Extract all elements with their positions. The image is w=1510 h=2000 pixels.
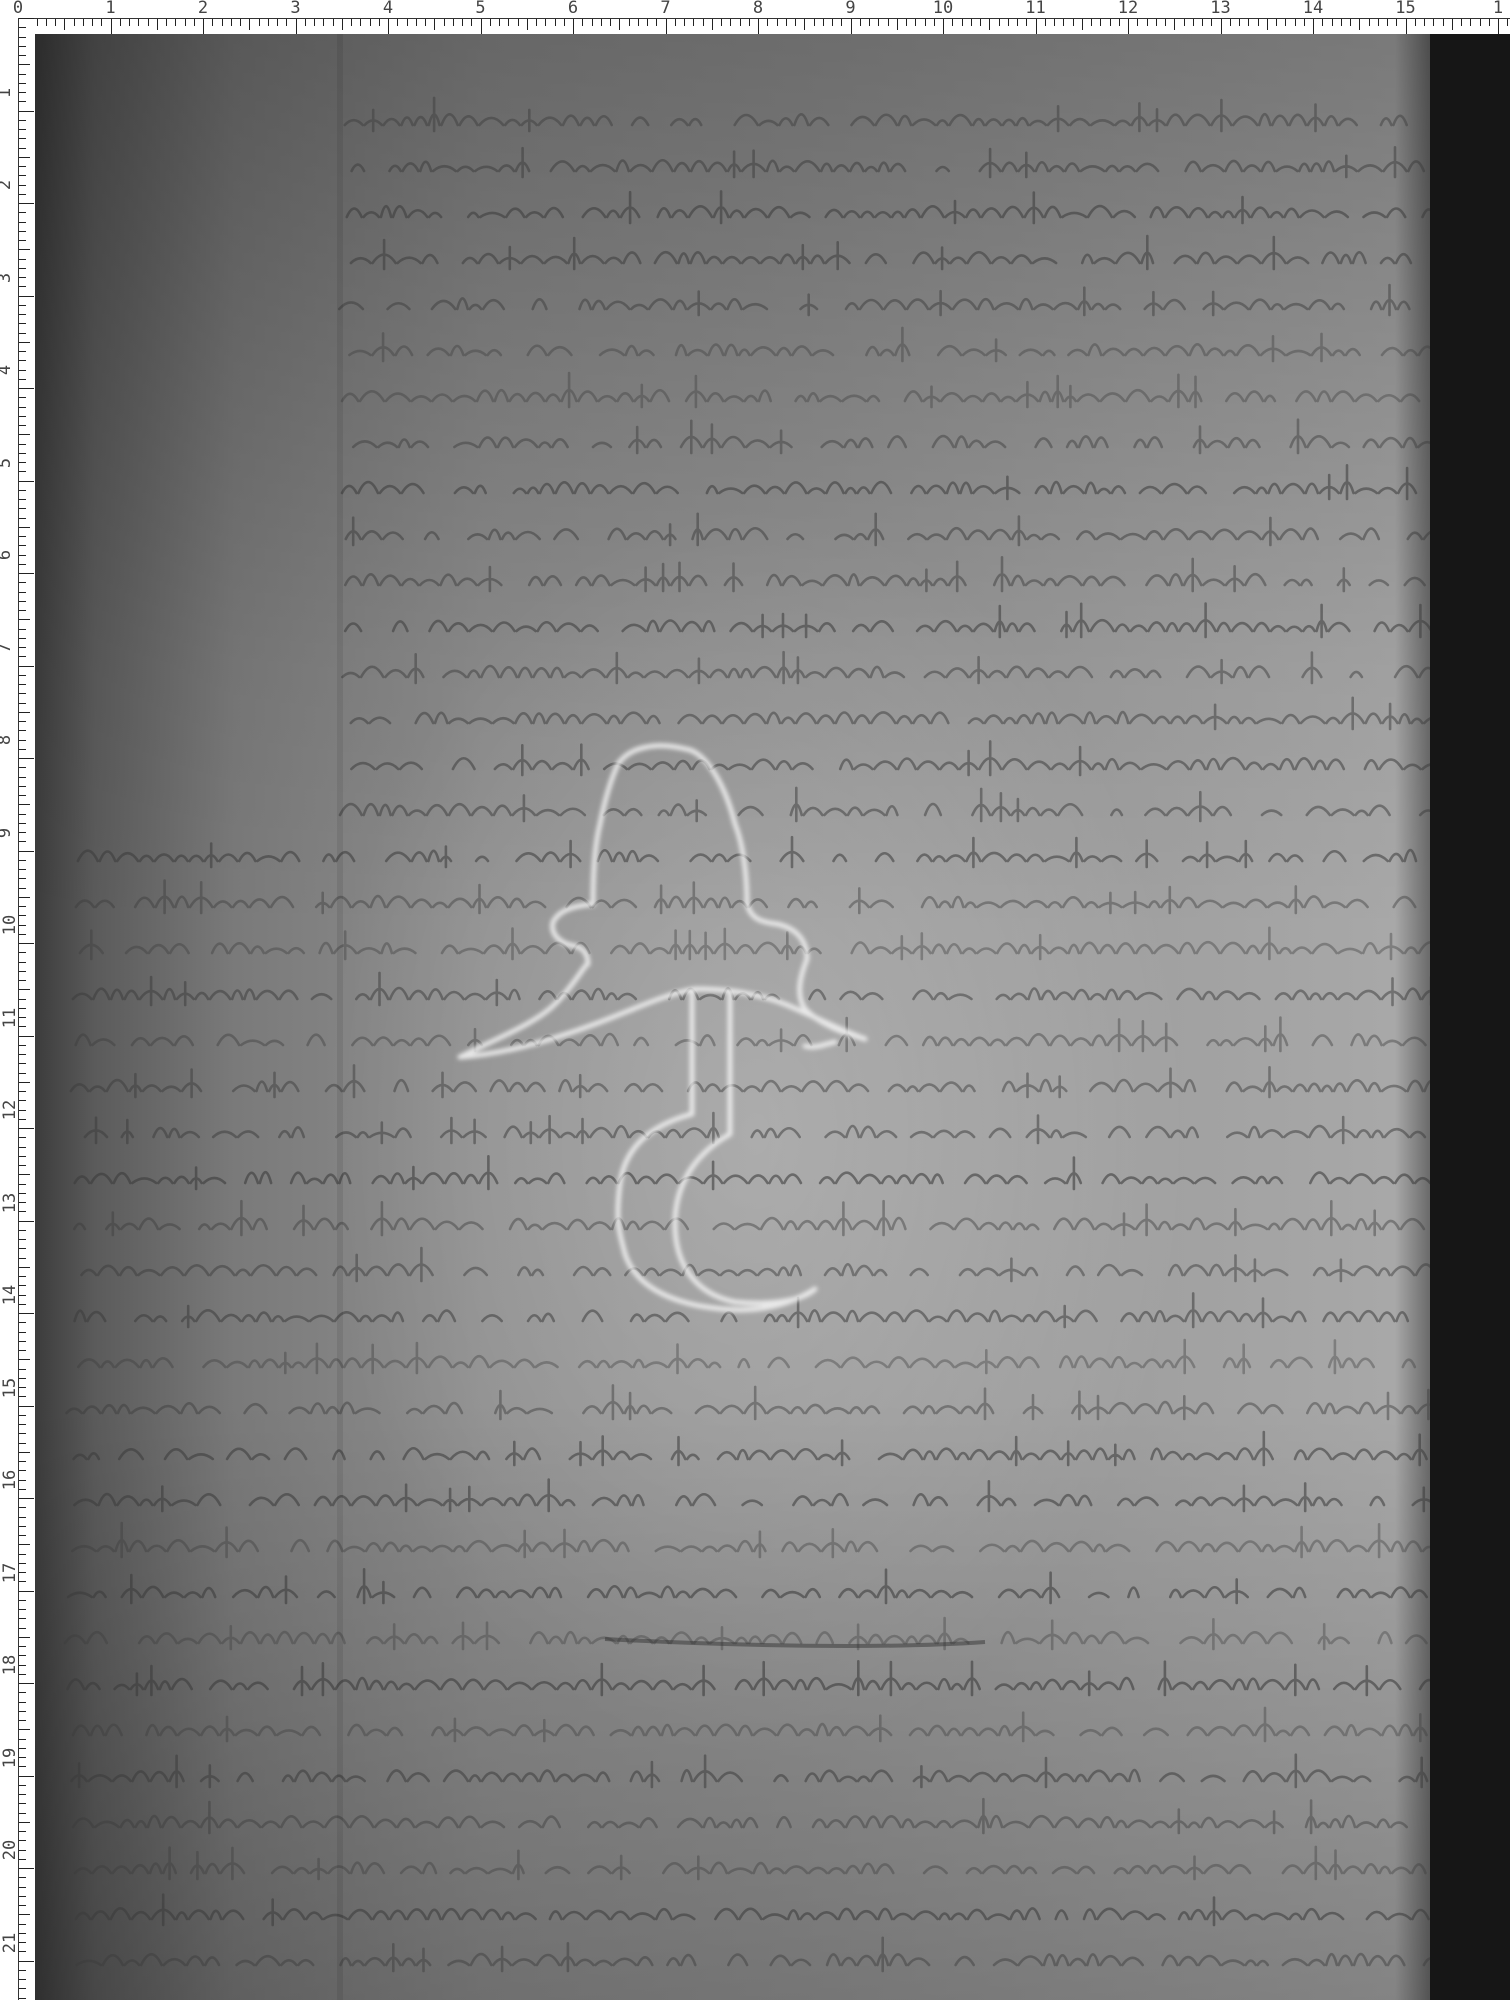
ruler-tick [1452,19,1453,30]
ruler-label: 13 [1210,0,1230,18]
ruler-tick [19,268,26,269]
ruler-tick [675,19,676,26]
ruler-tick [19,684,26,685]
ruler-tick [64,19,65,30]
ruler-tick [980,19,981,26]
ruler-tick [19,906,26,907]
ruler-tick [1285,19,1286,26]
ruler-label: 14 [0,1285,20,1305]
ruler-label: 0 [13,0,23,18]
ruler-tick [19,1461,26,1462]
ruler-tick [194,19,195,26]
ruler-tick [74,19,75,26]
ruler-tick [1100,19,1101,26]
ruler-tick [19,1646,26,1647]
ruler-tick [19,841,26,842]
ruler-tick [536,19,537,26]
ruler-tick [19,323,26,324]
ruler-tick [19,943,34,944]
ruler-tick [1073,19,1074,26]
ruler-tick [19,573,34,574]
ruler-tick [19,370,26,371]
ruler-tick [1063,19,1064,26]
ruler-label: 1 [1493,0,1503,18]
ruler-tick [1137,19,1138,26]
ruler-tick [19,527,30,528]
ruler-tick [962,19,963,26]
ruler-tick [277,19,278,26]
ruler-tick [19,1424,26,1425]
ruler-tick [1378,19,1379,26]
ruler-label: 9 [0,827,15,837]
ruler-tick [19,1785,26,1786]
ruler-tick [19,157,30,158]
ruler-tick [37,19,38,26]
ruler-tick [19,1609,26,1610]
ruler-tick [19,1988,26,1989]
ruler-tick [823,19,824,26]
ruler-tick [379,19,380,26]
page-edge-shadow [1430,34,1510,2000]
ruler-label: 12 [1118,0,1138,18]
ruler-tick [1424,19,1425,26]
ruler-tick [1119,19,1120,26]
ruler-tick [19,1794,26,1795]
ruler-tick [777,19,778,26]
ruler-tick [19,555,26,556]
ruler-tick [19,1063,26,1064]
ruler-label: 8 [753,0,763,18]
ruler-tick [19,1517,26,1518]
ruler-tick [19,610,26,611]
ruler-tick [1147,19,1148,26]
ruler-tick [92,19,93,26]
ruler-tick [120,19,121,26]
ruler-tick [19,481,34,482]
ruler-tick [19,397,26,398]
ruler-tick [471,19,472,26]
ruler-tick [19,46,26,47]
ruler-tick [508,19,509,26]
ruler-tick [19,1498,34,1499]
ruler-label: 2 [0,180,15,190]
ruler-tick [19,758,34,759]
ruler-tick [19,194,26,195]
ruler-tick [730,19,731,26]
ruler-tick [19,1313,34,1314]
ruler-tick [19,1720,26,1721]
ruler-label: 4 [383,0,393,18]
ruler-tick [19,296,34,297]
ruler-label: 9 [845,0,855,18]
ruler-tick [19,1776,34,1777]
ruler-tick [19,203,34,204]
ruler-tick [19,971,26,972]
ruler-tick [19,1591,34,1592]
ruler-tick [19,786,26,787]
ruler-tick [19,407,26,408]
ruler-tick [1322,19,1323,26]
ruler-tick [19,333,26,334]
ruler-tick [1184,19,1185,26]
ruler-tick [19,1322,26,1323]
ruler-tick [1396,19,1397,26]
ruler-tick [1017,19,1018,26]
ruler-label: 4 [0,365,15,375]
ruler-tick [582,19,583,26]
ruler-tick [1332,19,1333,26]
ruler-tick [19,536,26,537]
ruler-tick [19,92,26,93]
ruler-tick [749,19,750,26]
ruler-tick [1341,19,1342,26]
ruler-tick [19,1341,26,1342]
ruler-tick [499,19,500,26]
ruler-tick [19,222,26,223]
ruler-tick [19,148,26,149]
ruler-tick [555,19,556,26]
ruler-tick [19,1332,26,1333]
ruler-tick [19,1535,26,1536]
ruler-tick [1045,19,1046,26]
ruler-tick [1221,19,1222,34]
ruler-tick [19,878,26,879]
ruler-tick [1165,19,1166,26]
ruler-tick [166,19,167,26]
ruler-tick [19,360,26,361]
ruler-tick [19,1998,26,1999]
ruler-tick [1304,19,1305,26]
ruler-tick [19,518,26,519]
ruler-tick [1406,19,1407,34]
ruler-tick [1248,19,1249,26]
ruler-tick [370,19,371,26]
ruler-tick [19,1692,26,1693]
ruler-tick [19,444,26,445]
ruler-tick [19,1526,26,1527]
ruler-tick [351,19,352,26]
ruler-label: 10 [933,0,953,18]
ruler-tick [185,19,186,26]
ruler-tick [19,1239,26,1240]
ruler-tick [1387,19,1388,26]
ruler-tick [19,129,26,130]
ruler-tick [19,277,26,278]
ruler-tick [462,19,463,26]
ruler-tick [83,19,84,26]
ruler-tick [795,19,796,26]
ruler-tick [619,19,620,30]
ruler-tick [19,416,26,417]
ruler-tick [545,19,546,26]
ruler-tick [19,1156,26,1157]
ruler-tick [19,27,26,28]
ruler-tick [19,592,26,593]
ruler-tick [878,19,879,26]
ruler-label: 3 [0,272,15,282]
ruler-tick [647,19,648,26]
ruler-tick [19,814,26,815]
ruler-tick [19,490,26,491]
ruler-tick [851,19,852,34]
ruler-tick [19,212,26,213]
ruler-tick [240,19,241,26]
ruler-tick [129,19,130,26]
ruler-label: 15 [0,1377,20,1397]
ruler-tick [314,19,315,26]
ruler-tick [19,1600,26,1601]
ruler-tick [19,351,26,352]
ruler-tick [888,19,889,26]
ruler-tick [1295,19,1296,26]
ruler-tick [1156,19,1157,26]
ruler-tick [1507,19,1508,26]
ruler-tick [897,19,898,30]
ruler-label: 18 [0,1655,20,1675]
ruler-tick [19,1036,34,1037]
ruler-tick [19,888,26,889]
ruler-tick [19,777,26,778]
ruler-tick [19,305,26,306]
ruler-tick [573,19,574,34]
ruler-tick [1258,19,1259,26]
ruler-tick [19,1443,26,1444]
ruler-tick [712,19,713,30]
ruler-tick [1091,19,1092,26]
ruler-label: 5 [0,457,15,467]
ruler-tick [19,1822,30,1823]
ruler-tick [19,37,26,38]
ruler-tick [397,19,398,26]
ruler-tick [19,1369,26,1370]
ruler-tick [869,19,870,26]
ruler-tick [19,1831,26,1832]
ruler-tick [952,19,953,26]
ruler-tick [19,1702,26,1703]
ruler-tick [19,1091,26,1092]
ruler-tick [19,1729,30,1730]
ruler-tick [19,1868,34,1869]
ruler-tick [19,1174,30,1175]
ruler-tick [19,767,26,768]
ruler-tick [1026,19,1027,26]
ruler-tick [629,19,630,26]
ruler-label: 15 [1395,0,1415,18]
ruler-tick [832,19,833,26]
ruler-tick [19,1433,26,1434]
ruler-tick [925,19,926,26]
ruler-tick [1415,19,1416,26]
ruler-tick [19,1147,26,1148]
ruler-tick [19,1258,26,1259]
ruler-label: 6 [0,550,15,560]
ruler-label: 3 [290,0,300,18]
ruler-tick [19,1887,26,1888]
ruler-tick [1054,19,1055,26]
ruler-tick [1276,19,1277,26]
ruler-tick [19,989,30,990]
ruler-tick [249,19,250,30]
ruler-tick [19,1221,34,1222]
ruler-tick [703,19,704,26]
ruler-tick [19,185,26,186]
ruler-tick [388,19,389,34]
ruler-tick [19,675,26,676]
ruler-tick [1461,19,1462,26]
ruler-tick [111,19,112,34]
ruler-label: 6 [568,0,578,18]
ruler-tick [19,804,30,805]
ruler-tick [1082,19,1083,30]
ruler-tick [610,19,611,26]
ruler-tick [19,342,30,343]
ruler-tick [19,656,26,657]
ruler-tick [19,1415,26,1416]
ruler-tick [19,619,30,620]
ruler-tick [518,19,519,26]
ruler-tick [19,629,26,630]
ruler-tick [19,1082,30,1083]
ruler-tick [19,1350,26,1351]
ruler-tick [305,19,306,26]
ruler-tick [19,1905,26,1906]
ruler-label: 7 [660,0,670,18]
ruler-label: 1 [105,0,115,18]
ruler-label: 11 [1025,0,1045,18]
ruler-tick [19,869,26,870]
ruler-tick [19,175,26,176]
ruler-tick [19,1359,30,1360]
ruler-tick [175,19,176,26]
ruler-tick [19,55,26,56]
ruler-tick [434,19,435,30]
ruler-tick [19,1896,26,1897]
ruler-tick [786,19,787,26]
ruler-tick [231,19,232,26]
ruler-tick [19,240,26,241]
ruler-tick [1470,19,1471,26]
ruler-tick [934,19,935,26]
ruler-tick [268,19,269,26]
ruler-tick [19,962,26,963]
ruler-tick [19,1137,26,1138]
ruler-tick [19,1739,26,1740]
ruler-tick [19,453,26,454]
ruler-tick [157,19,158,30]
ruler-tick [296,19,297,34]
ruler-tick [19,120,26,121]
ruler-tick [19,545,26,546]
ruler-tick [19,1961,34,1962]
ruler-tick [19,1877,26,1878]
ruler-tick [19,249,30,250]
ruler-tick [19,259,26,260]
ruler-tick [19,101,26,102]
ruler-tick [286,19,287,26]
ruler-tick [19,1045,26,1046]
ruler-tick [416,19,417,26]
ruler-tick [148,19,149,26]
ruler-tick [19,832,26,833]
ruler-tick [906,19,907,26]
ruler-label: 8 [0,735,15,745]
ruler-tick [19,1618,26,1619]
ruler-tick [203,19,204,34]
ruler-tick [19,231,26,232]
ruler-tick [767,19,768,26]
ruler-label: 13 [0,1192,20,1212]
ruler-label: 5 [475,0,485,18]
ruler-tick [19,601,26,602]
ruler-tick [212,19,213,26]
ruler-tick [19,952,26,953]
ruler-tick [360,19,361,26]
ruler-label: 10 [0,915,20,935]
ruler-tick [860,19,861,26]
ruler-tick [19,1813,26,1814]
ruler-tick [19,1628,26,1629]
ruler-tick [1480,19,1481,26]
ruler-tick [19,638,26,639]
ruler-tick [19,462,26,463]
ruler-tick [1498,19,1499,34]
ruler-tick [1267,19,1268,30]
ruler-tick [601,19,602,26]
ruler-tick [19,795,26,796]
ruler-tick [19,1230,26,1231]
ruler-tick [19,434,30,435]
ruler-tick [814,19,815,26]
ruler-label: 19 [0,1747,20,1767]
ruler-tick [19,425,26,426]
ruler-tick [19,508,26,509]
ruler-tick [19,379,26,380]
ruler-tick [527,19,528,30]
ruler-tick [943,19,944,34]
ruler-tick [19,740,26,741]
ruler-label: 1 [0,87,15,97]
ruler-tick [19,1683,34,1684]
ruler-tick [19,980,26,981]
ruler-label: 2 [198,0,208,18]
ruler-tick [490,19,491,26]
ruler-tick [55,19,56,26]
ruler-tick [19,314,26,315]
ruler-tick [1230,19,1231,26]
ruler-tick [1202,19,1203,26]
ruler-tick [19,1924,26,1925]
ruler-tick [19,1452,30,1453]
ruler-tick [333,19,334,26]
ruler-tick [1239,19,1240,26]
ruler-label: 17 [0,1562,20,1582]
ruler-tick [19,138,26,139]
ruler-label: 11 [0,1007,20,1027]
ruler-tick [19,499,26,500]
ruler-tick [19,647,26,648]
ruler-tick [19,730,26,731]
ruler-tick [19,1184,26,1185]
ruler-tick [19,64,30,65]
ruler-tick [19,1914,30,1915]
ruler-tick [19,823,26,824]
ruler-tick [19,1637,30,1638]
ruler-tick [19,999,26,1000]
ruler-tick [564,19,565,26]
ruler-tick [19,749,26,750]
ruler-tick [740,19,741,26]
ruler-tick [19,666,34,667]
